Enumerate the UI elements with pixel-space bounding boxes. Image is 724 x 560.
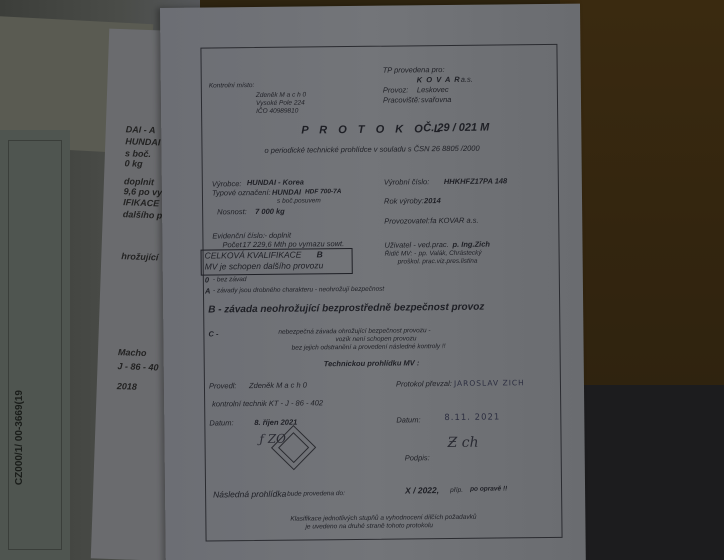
vyrobni-label: Výrobní číslo: bbox=[384, 177, 430, 186]
footer-line2: je uvedeno na druhé straně tohoto protok… bbox=[305, 522, 433, 530]
nasledna-value: X / 2022, bbox=[405, 485, 439, 495]
ridic-value2: proškol. prac.viz.pres.listina bbox=[398, 258, 478, 266]
provozovatel-label: Provozovatel: bbox=[384, 216, 430, 225]
nasledna-label2: bude provedena do: bbox=[287, 490, 345, 498]
typ-note: s boč.posuvem bbox=[277, 197, 321, 204]
grade-0: 0 bbox=[205, 276, 209, 285]
prevzal-label: Protokol převzal: bbox=[396, 379, 452, 389]
under-line: 9,6 po vy bbox=[123, 186, 162, 197]
under-line: IFIKACE bbox=[123, 197, 159, 208]
nosnost-value: 7 000 kg bbox=[255, 207, 285, 216]
pracoviste-label: Pracoviště: bbox=[383, 95, 420, 104]
slip-code: CZ000/1/ 00-3669(19 bbox=[14, 390, 25, 485]
provedl-value: Zdeněk M a c h 0 bbox=[249, 380, 307, 390]
header-right-company: K O V A R bbox=[417, 75, 461, 84]
typ-model: HDF 700-7A bbox=[305, 188, 342, 195]
kval-grade: B bbox=[317, 249, 323, 259]
uzivatel-label: Uživatel - ved.prac. bbox=[384, 240, 448, 250]
slip-table bbox=[8, 140, 62, 550]
under-line: HUNDAI bbox=[125, 136, 160, 147]
under-line: hrožující bbox=[121, 251, 158, 262]
rok-value: 2014 bbox=[424, 196, 441, 205]
under-line: DAI - A bbox=[126, 124, 156, 135]
kval-line2: MV je schopen dalšího provozu bbox=[205, 260, 324, 271]
wall bbox=[560, 0, 724, 390]
nosnost-label: Nosnost: bbox=[217, 207, 247, 216]
pracoviste-value: svařovna bbox=[421, 95, 452, 104]
datum-label: Datum: bbox=[209, 418, 233, 427]
under-line: J - 86 - 40 bbox=[117, 361, 158, 372]
under-line: dalšího p bbox=[123, 209, 163, 220]
evidencni-value: - doplnit bbox=[264, 231, 291, 240]
receipt-slip: CZ000/1/ 00-3669(19 bbox=[0, 130, 70, 560]
grade-c: C - bbox=[208, 329, 218, 338]
under-line: 2018 bbox=[117, 381, 137, 392]
ridic-label: Řidič MV: - bbox=[385, 250, 417, 257]
provedl-label: Provedl: bbox=[209, 381, 237, 390]
provoz-value: Leskovec bbox=[417, 85, 449, 94]
protocol-number: Č. 29 / 021 M bbox=[423, 122, 489, 135]
header-left-label: Kontrolní místo: bbox=[209, 82, 255, 89]
grade-a: A bbox=[205, 286, 211, 295]
vyrobce-value: HUNDAI - Korea bbox=[247, 178, 304, 188]
typ-label: Typové označení: bbox=[212, 188, 271, 198]
header-left-line1: Zdeněk M a c h 0 bbox=[256, 91, 306, 99]
header-right-label: TP provedena pro: bbox=[383, 65, 445, 75]
kval-line1: CELKOVÁ KVALIFIKACE bbox=[205, 250, 302, 261]
technik-text: kontrolní technik KT - J - 86 - 402 bbox=[212, 398, 323, 408]
provoz-label: Provoz: bbox=[383, 85, 409, 94]
nasledna-label: Následná prohlídka bbox=[213, 489, 286, 500]
datum2-label: Datum: bbox=[396, 415, 420, 424]
ridic-value: pp. Valák, Chrástecký bbox=[419, 250, 482, 258]
recipient-signature: Ƶ ch bbox=[447, 435, 478, 451]
header-right-company-suffix: a.s. bbox=[461, 75, 473, 84]
grade-0-text: - bez závad bbox=[213, 276, 247, 283]
podpis-label: Podpis: bbox=[405, 453, 430, 462]
grade-c-text2: vozík není schopen provozu bbox=[335, 335, 416, 343]
header-left-line2: Vysoké Pole 224 bbox=[256, 99, 305, 107]
nasledna-note2: po opravě !! bbox=[470, 485, 507, 492]
provozovatel-value: fa KOVAR a.s. bbox=[430, 216, 478, 226]
header-left-line3: IČO 40989810 bbox=[256, 108, 298, 115]
nasledna-note: příp. bbox=[450, 487, 463, 494]
vyrobce-label: Výrobce: bbox=[212, 179, 242, 188]
typ-value: HUNDAI bbox=[272, 188, 301, 197]
rok-label: Rok výroby: bbox=[384, 196, 424, 205]
tp-heading: Technickou prohlídku MV : bbox=[324, 358, 420, 368]
under-line: 0 kg bbox=[124, 158, 142, 169]
vyrobni-value: HHKHFZ17PA 148 bbox=[444, 176, 507, 186]
protocol-page: Kontrolní místo: Zdeněk M a c h 0 Vysoké… bbox=[160, 4, 586, 560]
pocet-label: Počet bbox=[222, 240, 241, 249]
prevzal-value: JAROSLAV ZICH bbox=[454, 378, 525, 388]
datum2-value: 8.11. 2021 bbox=[444, 412, 500, 423]
uzivatel-value: p. Ing.Zich bbox=[452, 240, 490, 249]
under-line: Macho bbox=[118, 347, 147, 358]
